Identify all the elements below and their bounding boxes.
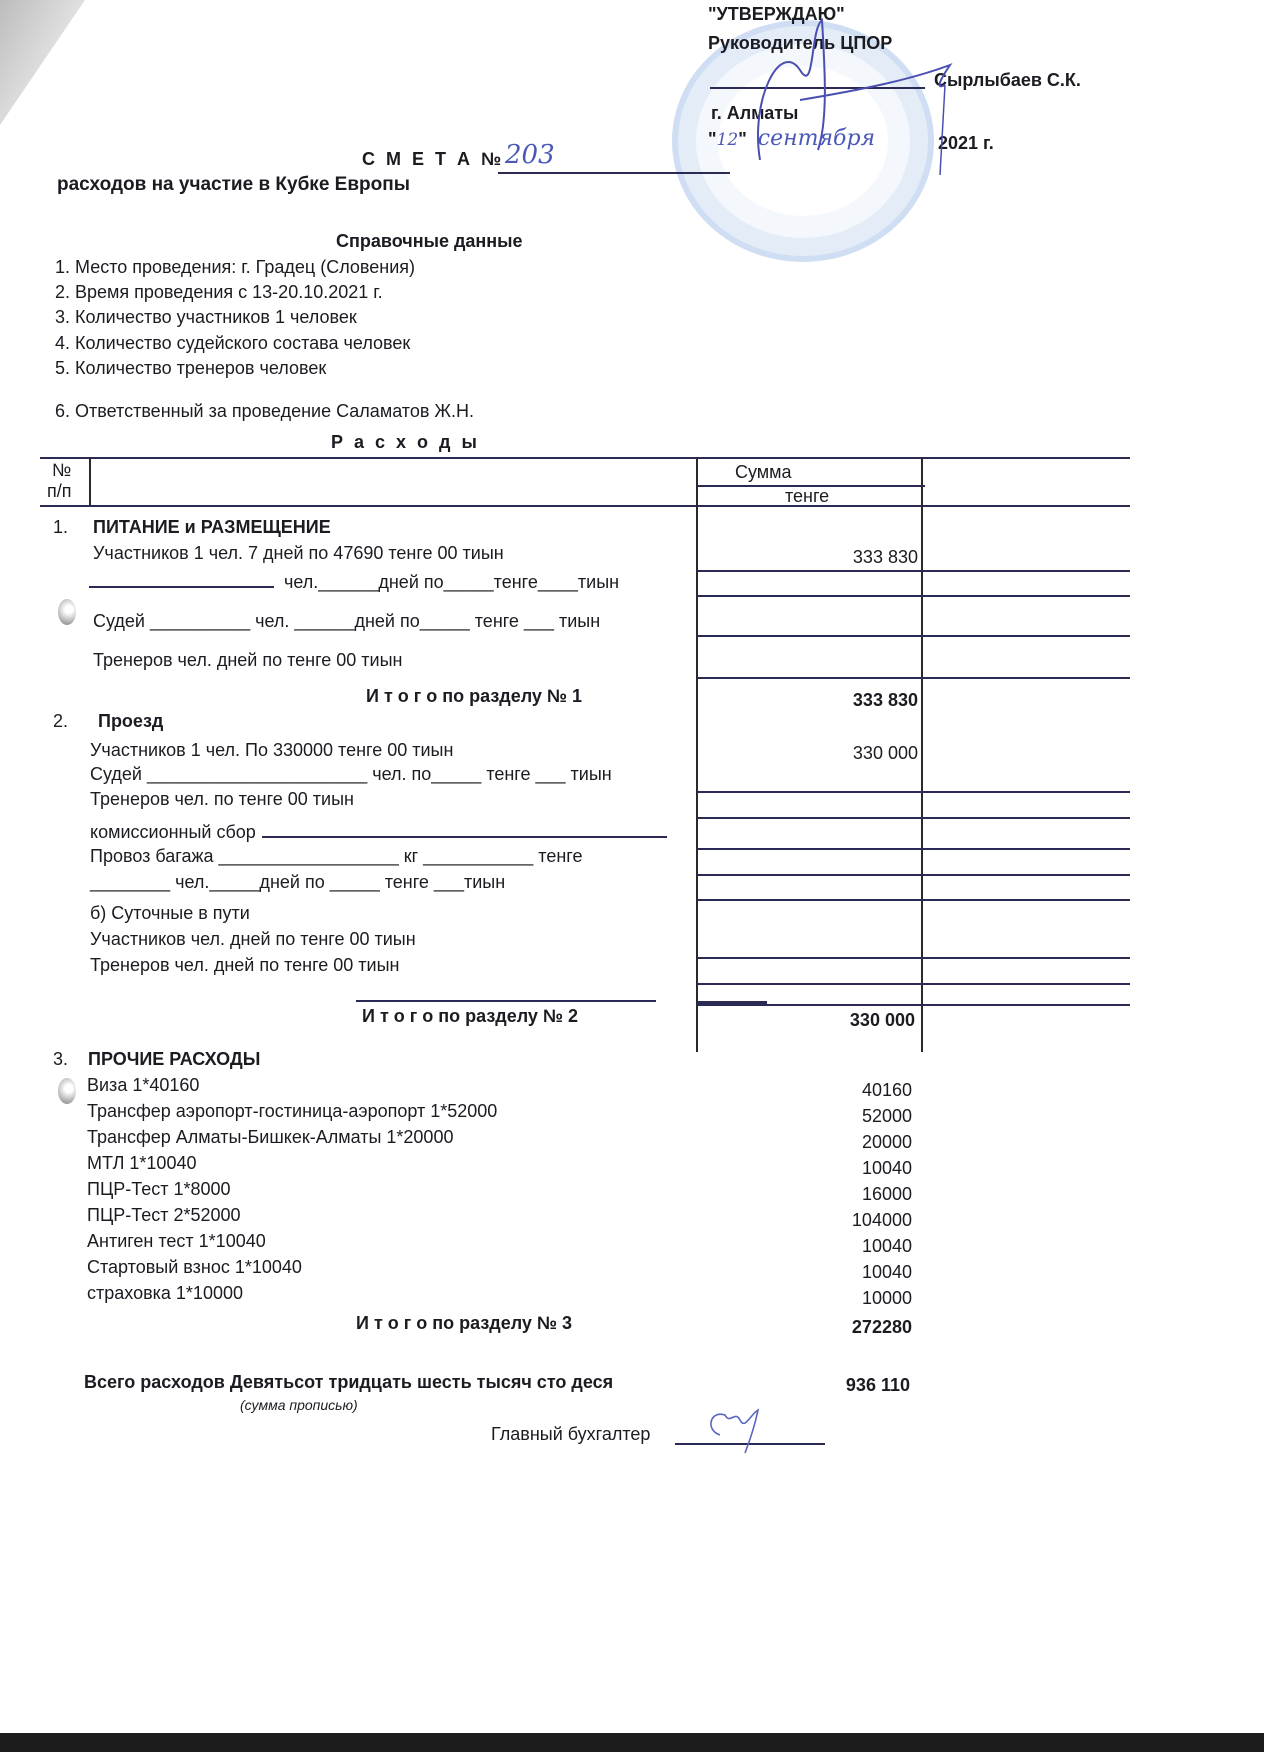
line-amount: 330 000: [700, 743, 918, 764]
approval-date: "12" сентября: [708, 126, 875, 151]
reference-item: 5. Количество тренеров человек: [55, 358, 326, 379]
section-total: 333 830: [700, 690, 918, 711]
line-amount: 52000: [700, 1106, 912, 1127]
approval-date-month: сентября: [758, 126, 875, 151]
table-row-line: [697, 874, 1130, 876]
line-amount: 333 830: [700, 547, 918, 568]
table-row-line: [697, 635, 1130, 637]
punch-hole-mark: [58, 599, 76, 625]
accountant-signature-line: [675, 1443, 825, 1445]
table-sum-col-left: [696, 457, 698, 1052]
table-top-border: [40, 457, 1130, 459]
section-number: 3.: [53, 1049, 68, 1070]
line-item: ПЦР-Тест 1*8000: [87, 1179, 231, 1200]
table-row-line: [697, 595, 1130, 597]
table-row-line: [697, 570, 1130, 572]
line-item: Судей __________ чел. ______дней по_____…: [93, 611, 600, 632]
col-sum-label: Сумма: [735, 462, 792, 483]
accountant-signature-icon: [700, 1405, 780, 1455]
section-total-label: И т о г о по разделу № 2: [362, 1006, 578, 1027]
reference-item: 3. Количество участников 1 человек: [55, 307, 357, 328]
accountant-label: Главный бухгалтер: [491, 1424, 650, 1445]
line-amount: 20000: [700, 1132, 912, 1153]
line-item: Тренеров чел. дней по тенге 00 тиын: [93, 650, 402, 671]
table-row-line: [697, 817, 1130, 819]
approval-signature-line: [710, 87, 925, 89]
line-item: Участников 1 чел. По 330000 тенге 00 тиы…: [90, 740, 453, 761]
line-amount: 16000: [700, 1184, 912, 1205]
line-amount: 10040: [700, 1236, 912, 1257]
table-row-line: [697, 791, 1130, 793]
reference-item: 4. Количество судейского состава человек: [55, 333, 410, 354]
reference-responsible: 6. Ответственный за проведение Саламатов…: [55, 401, 474, 422]
approval-position: Руководитель ЦПОР: [708, 33, 892, 54]
line-amount: 10040: [700, 1158, 912, 1179]
approval-title: "УТВЕРЖДАЮ": [708, 4, 845, 25]
section-title: Проезд: [98, 711, 163, 732]
line-item: страховка 1*10000: [87, 1283, 243, 1304]
section-total: 272280: [700, 1317, 912, 1338]
reference-item: 1. Место проведения: г. Градец (Словения…: [55, 257, 415, 278]
total-separator-line: [697, 1001, 767, 1004]
table-row-line: [697, 848, 1130, 850]
line-amount: 40160: [700, 1080, 912, 1101]
table-row-line: [697, 1004, 1130, 1006]
line-amount: 104000: [700, 1210, 912, 1231]
line-item: Провоз багажа __________________ кг ____…: [90, 846, 582, 867]
line-amount: 10000: [700, 1288, 912, 1309]
section-number: 2.: [53, 711, 68, 732]
table-row-line: [697, 899, 1130, 901]
estimate-subtitle: расходов на участие в Кубке Европы: [57, 174, 410, 196]
expenses-heading: Р а с х о д ы: [331, 432, 480, 453]
col-currency-label: тенге: [785, 486, 829, 507]
line-item: Антиген тест 1*10040: [87, 1231, 266, 1252]
section-total-label: И т о г о по разделу № 3: [356, 1313, 572, 1334]
section-total-label: И т о г о по разделу № 1: [366, 686, 582, 707]
line-item: ________ чел._____дней по _____ тенге __…: [90, 872, 505, 893]
line-item: Судей ______________________ чел. по____…: [90, 764, 612, 785]
punch-hole-mark: [58, 1078, 76, 1104]
col-no-label: №: [52, 460, 71, 481]
line-item: б) Суточные в пути: [90, 903, 250, 924]
approval-city: г. Алматы: [711, 103, 798, 124]
table-sum-col-right: [921, 457, 923, 1052]
reference-item: 2. Время проведения с 13-20.10.2021 г.: [55, 282, 383, 303]
table-col-divider: [89, 457, 91, 505]
line-item: Участников 1 чел. 7 дней по 47690 тенге …: [93, 543, 504, 564]
section-number: 1.: [53, 517, 68, 538]
approval-year: 2021 г.: [938, 133, 994, 154]
line-amount: 10040: [700, 1262, 912, 1283]
line-item: Трансфер Алматы-Бишкек-Алматы 1*20000: [87, 1127, 453, 1148]
approval-name: Сырлыбаев С.К.: [934, 70, 1081, 91]
page-fold-shadow: [0, 0, 90, 130]
line-item: ПЦР-Тест 2*52000: [87, 1205, 241, 1226]
col-no-label-2: п/п: [47, 481, 72, 502]
estimate-number-line: [498, 172, 730, 174]
table-row-line: [697, 957, 1130, 959]
in-words-hint: (сумма прописью): [240, 1397, 358, 1413]
line-item: Виза 1*40160: [87, 1075, 199, 1096]
approval-date-day: 12: [717, 130, 739, 150]
line-item: Стартовый взнос 1*10040: [87, 1257, 302, 1278]
line-item: чел.______дней по_____тенге____тиын: [89, 570, 619, 593]
reference-heading: Справочные данные: [336, 231, 523, 252]
line-item: комиссионный сбор: [90, 820, 667, 843]
scan-bottom-edge: [0, 1733, 1264, 1752]
total-separator-line: [356, 1000, 656, 1002]
line-item: Тренеров чел. по тенге 00 тиын: [90, 789, 354, 810]
section-title: ПРОЧИЕ РАСХОДЫ: [88, 1049, 260, 1070]
estimate-title: С М Е Т А №: [362, 149, 504, 170]
grand-total-label: Всего расходов Девятьсот тридцать шесть …: [84, 1372, 686, 1393]
line-item: Участников чел. дней по тенге 00 тиын: [90, 929, 416, 950]
line-item: МТЛ 1*10040: [87, 1153, 196, 1174]
section-title: ПИТАНИЕ и РАЗМЕЩЕНИЕ: [93, 517, 331, 538]
grand-total: 936 110: [700, 1375, 910, 1396]
estimate-number: 203: [505, 140, 555, 170]
line-item: Трансфер аэропорт-гостиница-аэропорт 1*5…: [87, 1101, 497, 1122]
line-item: Тренеров чел. дней по тенге 00 тиын: [90, 955, 399, 976]
table-row-line: [697, 983, 1130, 985]
section-total: 330 000: [700, 1010, 915, 1031]
table-header-bottom-border: [40, 505, 1130, 507]
table-row-line: [697, 677, 1130, 679]
